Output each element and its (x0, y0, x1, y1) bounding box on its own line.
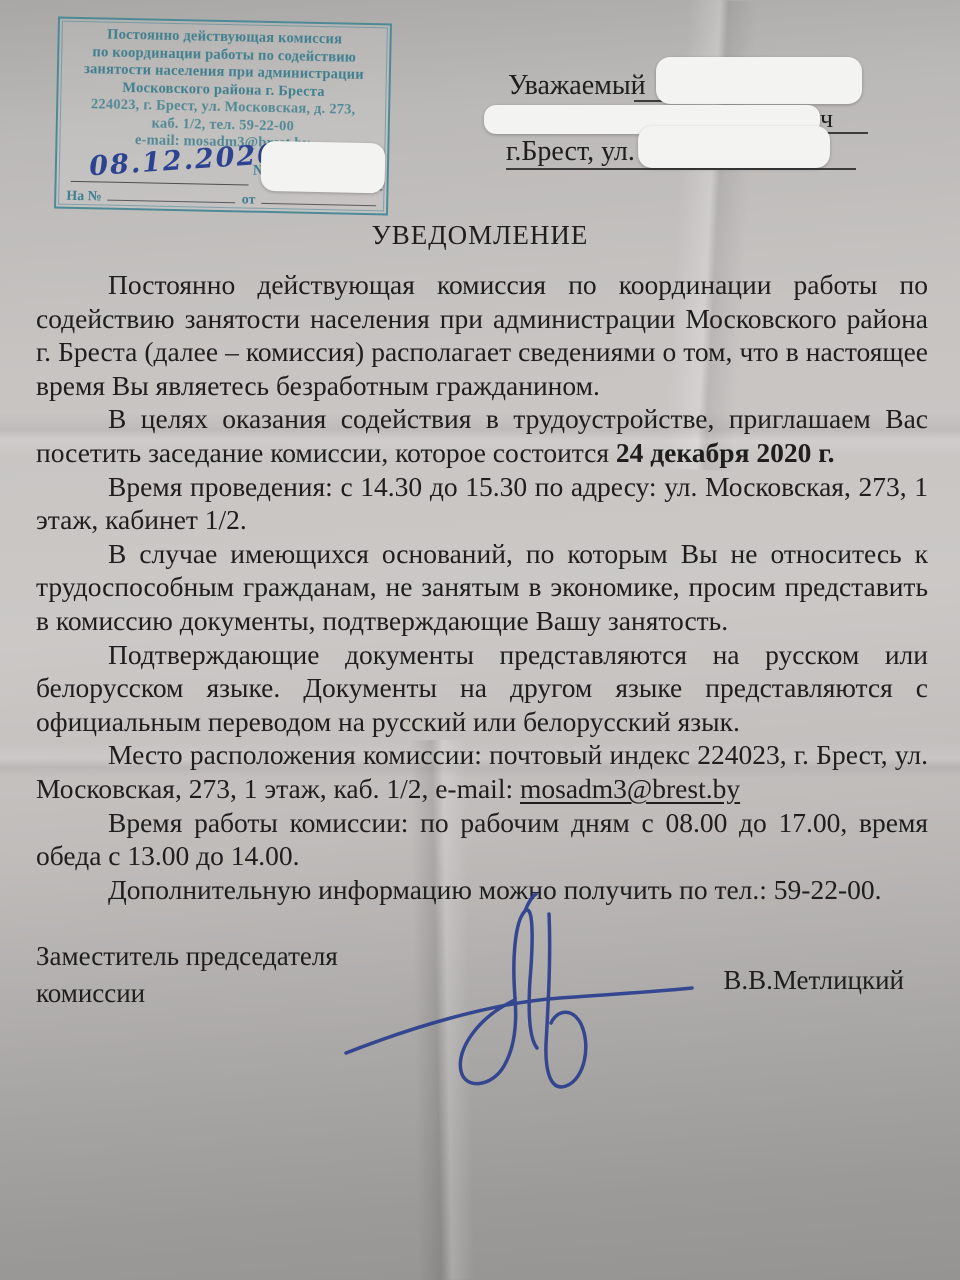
paragraph-working-hours: Время работы комиссии: по рабочим дням с… (36, 806, 928, 873)
paragraph-invitation: В целях оказания содействия в трудоустро… (36, 402, 928, 469)
reply-number-underline (108, 186, 236, 204)
document-title: УВЕДОМЛЕНИЕ (0, 220, 960, 251)
address-prefix-text: г.Брест, ул. (506, 136, 635, 168)
paragraph-grounds: В случае имеющихся оснований, по которым… (36, 537, 928, 638)
from-label: от (242, 192, 256, 208)
letter-body: Постоянно действующая комиссия по коорди… (36, 268, 928, 906)
signature-ink (300, 888, 720, 1118)
paragraph-location: Место расположения комиссии: почтовый ин… (36, 738, 928, 805)
reply-to-label: На № (66, 189, 102, 206)
paragraph-intro: Постоянно действующая комиссия по коорди… (36, 268, 928, 402)
paragraph-time-place: Время проведения: с 14.30 до 15.30 по ад… (36, 470, 928, 537)
salutation-text: Уважаемый (508, 70, 646, 102)
location-text: Место расположения комиссии: почтовый ин… (36, 739, 928, 804)
addressee-block: Уважаемый ч г.Брест, ул. (0, 56, 960, 176)
paragraph-documents-language: Подтверждающие документы представляются … (36, 638, 928, 739)
redaction-box-name (656, 57, 862, 104)
redaction-box-street (638, 126, 830, 168)
signer-name: В.В.Метлицкий (723, 962, 904, 999)
document-page: Постоянно действующая комиссия по коорди… (0, 0, 960, 1280)
meeting-date-bold: 24 декабря 2020 г. (616, 437, 835, 468)
email-address: mosadm3@brest.by (520, 773, 740, 804)
address-underline (506, 168, 856, 170)
